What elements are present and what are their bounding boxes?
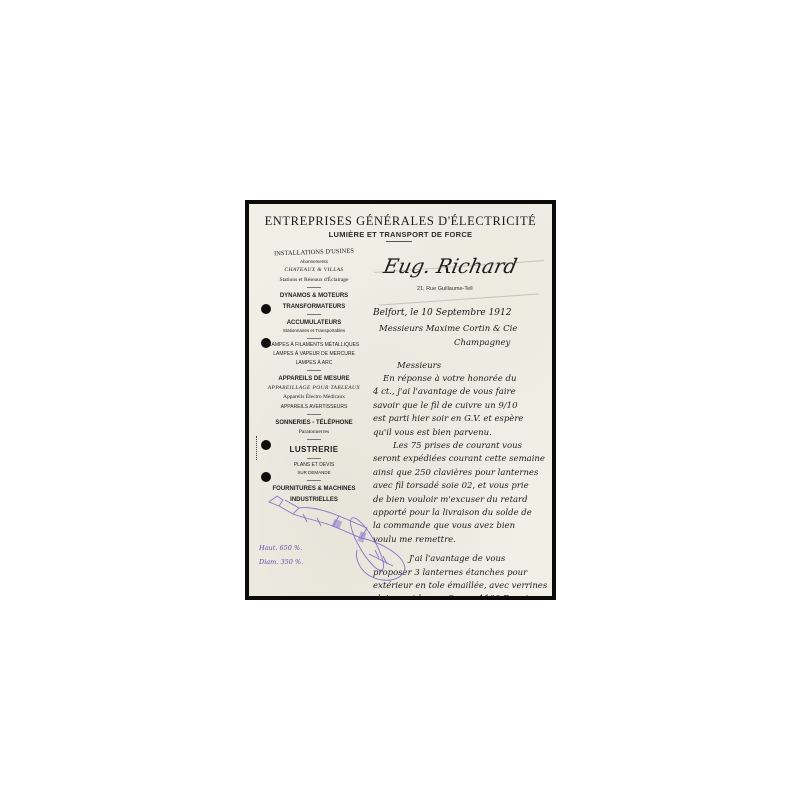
- section-divider: [307, 439, 321, 440]
- service-item: PLANS ET DEVIS: [255, 463, 373, 468]
- paper-stain: [379, 293, 539, 305]
- punch-hole: [261, 338, 271, 348]
- service-item: LAMPES À FILAMENTS MÉTALLIQUES: [255, 343, 373, 348]
- recipient-name: Messieurs Maxime Cortin & Cie: [379, 324, 517, 334]
- company-address: 21, Rue Guillaume-Tell: [417, 286, 473, 292]
- height-note: Haut. 650 %.: [259, 544, 302, 552]
- service-item: Abonnements: [255, 260, 373, 265]
- lantern-sketch-icon: [263, 492, 413, 588]
- service-item: ACCUMULATEURS: [255, 320, 373, 326]
- section-divider: [307, 314, 321, 315]
- company-tagline: LUMIÈRE ET TRANSPORT DE FORCE: [249, 230, 552, 239]
- margin-dotted-line: [256, 436, 257, 460]
- letter-line: J'ai l'avantage de vous: [409, 554, 505, 564]
- salutation: Messieurs: [397, 361, 441, 371]
- service-item: APPAREILS AVERTISSEURS: [255, 405, 373, 410]
- letter-line: En réponse à votre honorée du: [383, 374, 516, 384]
- diameter-note: Diam. 350 %.: [259, 558, 303, 566]
- section-divider: [307, 370, 321, 371]
- punch-hole: [261, 304, 271, 314]
- letter-line: qu'il vous est bien parvenu.: [373, 428, 492, 438]
- letter-line: claires, et lampe Osram 1100 Bougies: [373, 594, 537, 596]
- service-item: Paratonnerres: [255, 430, 373, 436]
- section-divider: [307, 480, 321, 481]
- service-item: Appareils Électro Médicaux: [255, 395, 373, 401]
- recipient-town: Champagney: [454, 338, 510, 348]
- service-item: Stationnaires et Transportables: [255, 329, 373, 334]
- letter-line: Les 75 prises de courant vous: [393, 441, 522, 451]
- letter-page: ENTREPRISES GÉNÉRALES D'ÉLECTRICITÉ LUMI…: [249, 204, 552, 596]
- service-item: CHATEAUX & VILLAS: [255, 268, 373, 274]
- service-item: DYNAMOS & MOTEURS: [255, 293, 373, 299]
- services-list: INSTALLATIONS D'USINESAbonnementsCHATEAU…: [255, 248, 373, 503]
- letter-line: 4 ct., j'ai l'avantage de vous faire: [373, 387, 516, 397]
- service-item: INSTALLATIONS D'USINES: [255, 248, 373, 259]
- letter-line: savoir que le fil de cuivre un 9/10: [373, 401, 517, 411]
- letter-line: est parti hier soir en G.V. et espère: [373, 414, 523, 424]
- header-divider: [386, 241, 412, 242]
- service-item: TRANSFORMATEURS: [255, 304, 373, 310]
- punch-hole: [261, 440, 271, 450]
- service-item: APPAREILLAGE POUR TABLEAUX: [255, 386, 373, 392]
- service-item: Stations et Réseaux d'Éclairage: [255, 278, 373, 284]
- company-name: ENTREPRISES GÉNÉRALES D'ÉLECTRICITÉ: [249, 214, 552, 229]
- service-item: LAMPES À VAPEUR DE MERCURE: [255, 352, 373, 357]
- letter-line: ainsi que 250 clavières pour lanternes: [373, 468, 538, 478]
- section-divider: [307, 414, 321, 415]
- section-divider: [307, 287, 321, 288]
- service-item: SONNERIES - TÉLÉPHONE: [255, 420, 373, 426]
- service-item: FOURNITURES & MACHINES: [255, 486, 373, 492]
- section-divider: [307, 458, 321, 459]
- letter-line: avec fil torsadé soie 02, et vous prie: [373, 481, 529, 491]
- service-item: SUR DEMANDE: [255, 471, 373, 476]
- service-item: LUSTRERIE: [255, 446, 373, 454]
- section-divider: [307, 338, 321, 339]
- service-item: LAMPES À ARC: [255, 361, 373, 366]
- punch-hole: [261, 472, 271, 482]
- letter-line: seront expédiées courant cette semaine: [373, 454, 545, 464]
- service-item: APPAREILS DE MESURE: [255, 376, 373, 382]
- place-date: Belfort, le 10 Septembre 1912: [373, 308, 511, 318]
